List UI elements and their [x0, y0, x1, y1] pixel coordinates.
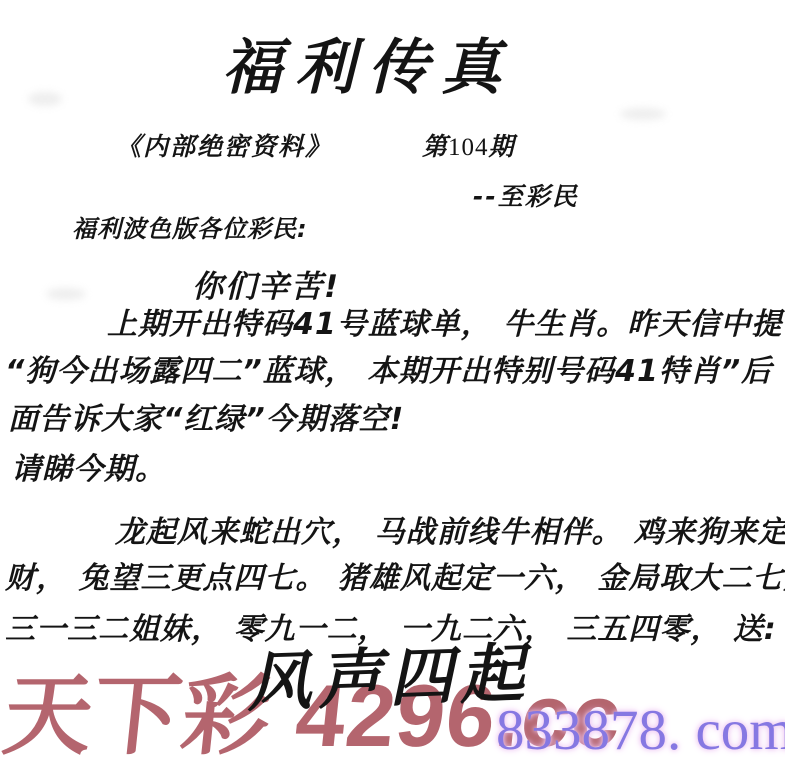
paragraph1-line-1: 上期开出特码41号蓝球单， 牛生肖。昨天信中提供 [107, 308, 785, 343]
paragraph1-line-4: 请睇今期。 [11, 453, 166, 488]
scan-smudge [46, 288, 86, 300]
watermark-833878: 833878. com [496, 700, 785, 763]
scan-smudge [620, 108, 666, 120]
dedication-line: --至彩民 [473, 183, 579, 212]
greeting-line: 你们辛苦! [192, 270, 340, 306]
salutation-line: 福利波色版各位彩民: [72, 216, 308, 244]
paragraph2-line-2: 财， 兔望三更点四七。 猪雄风起定一六， 金局取大二七八。 [5, 562, 785, 597]
page-title: 福利传真 [222, 34, 514, 103]
issue-digits: 104 [448, 134, 489, 161]
issue-suffix: 期 [489, 132, 515, 161]
fax-sheet: 福利传真 《内部绝密资料》 第104期 --至彩民 福利波色版各位彩民: 你们辛… [0, 0, 785, 772]
issue-number: 第104期 [422, 133, 515, 163]
footer-slogan: 风声四起 [246, 638, 532, 721]
paragraph2-line-1: 龙起风来蛇出穴， 马战前线牛相伴。 鸡来狗来定发 [115, 516, 785, 551]
scan-smudge [28, 92, 62, 106]
paragraph1-line-3: 面告诉大家“红绿”今期落空! [8, 403, 404, 438]
issue-prefix: 第 [422, 132, 448, 161]
paragraph1-line-2: “狗今出场露四二”蓝球， 本期开出特别号码41特肖”后 [5, 355, 772, 390]
classified-label: 《内部绝密资料》 [116, 133, 332, 162]
